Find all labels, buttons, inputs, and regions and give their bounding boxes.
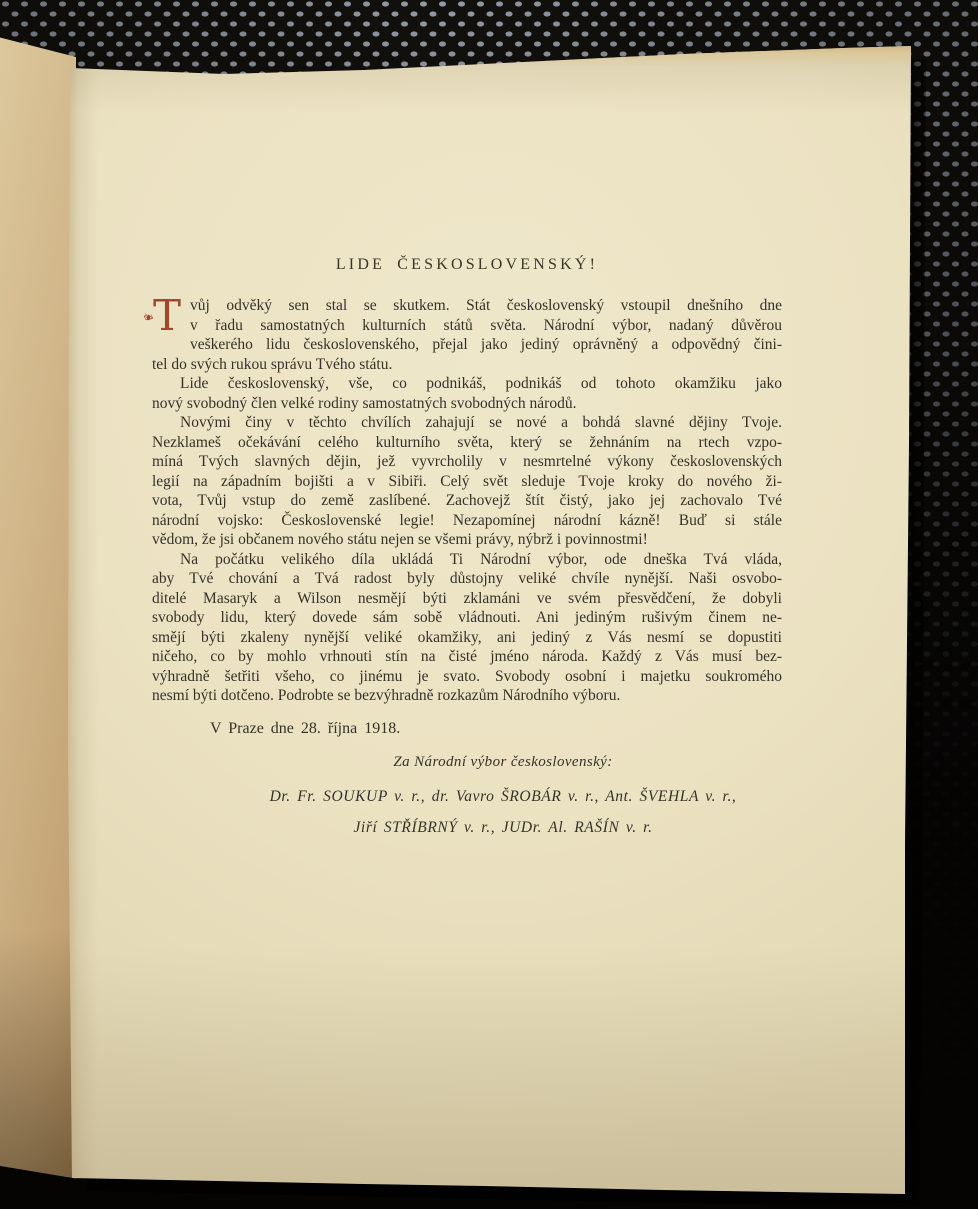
signature-names-line-1: Dr. Fr. SOUKUP v. r., dr. Vavro ŠROBÁR v…	[224, 787, 782, 806]
body-paragraphs: Tvůj odvěký sen stal se skutkem. Stát če…	[152, 296, 782, 706]
paragraph: Tvůj odvěký sen stal se skutkem. Stát če…	[152, 296, 782, 374]
page-title: LIDE ČESKOSLOVENSKÝ!	[152, 256, 782, 274]
signature-names-line-2: Jiří STŘÍBRNÝ v. r., JUDr. Al. RAŠÍN v. …	[224, 818, 782, 837]
photo-of-document: LIDE ČESKOSLOVENSKÝ! Tvůj odvěký sen sta…	[0, 0, 978, 1209]
book-left-page-edge	[0, 34, 76, 1182]
text-line: výhradně šetřiti všeho, co jinému je sva…	[152, 667, 782, 687]
dateline: V Praze dne 28. října 1918.	[152, 719, 782, 739]
text-line: vědom, že jsi občanem nového státu nejen…	[152, 530, 782, 550]
text-line: nový svobodný člen velké rodiny samostat…	[152, 394, 782, 414]
text-line: legií na západním bojišti a v Sibiři. Ce…	[152, 472, 782, 492]
text-line: Na počátku velikého díla ukládá Ti Národ…	[152, 550, 782, 570]
text-line: aby Tvé chování a Tvá radost byly důstoj…	[152, 569, 782, 589]
text-line: tel do svých rukou správu Tvého státu.	[152, 355, 782, 375]
text-line: v řadu samostatných kulturních států svě…	[152, 316, 782, 336]
text-line: ničeho, co by mohlo vrhnouti stín na čis…	[152, 647, 782, 667]
text-line: smějí býti zkaleny nynější veliké okamži…	[152, 628, 782, 648]
ornamental-initial: T	[152, 297, 182, 337]
text-line: vůj odvěký sen stal se skutkem. Stát čes…	[152, 296, 782, 316]
signature-block: Za Národní výbor československý: Dr. Fr.…	[152, 753, 782, 837]
text-line: ditelé Masaryk a Wilson nesmějí býti zkl…	[152, 589, 782, 609]
text-line: Lide československý, vše, co podnikáš, p…	[152, 374, 782, 394]
printed-text-block: LIDE ČESKOSLOVENSKÝ! Tvůj odvěký sen sta…	[152, 256, 782, 837]
text-line: míná Tvých slavných dějin, jež vyvrcholi…	[152, 452, 782, 472]
text-line: Novými činy v těchto chvílích zahajují s…	[152, 413, 782, 433]
signature-heading: Za Národní výbor československý:	[224, 753, 782, 772]
text-line: vota, Tvůj vstup do země zaslíbené. Zach…	[152, 491, 782, 511]
paragraph: Lide československý, vše, co podnikáš, p…	[152, 374, 782, 413]
paragraph: Na počátku velikého díla ukládá Ti Národ…	[152, 550, 782, 706]
text-line: Nezklameš očekávání celého kulturního sv…	[152, 433, 782, 453]
text-line: veškerého lidu československého, přejal …	[152, 335, 782, 355]
text-line: národní vojsko: Československé legie! Ne…	[152, 511, 782, 531]
document-page: LIDE ČESKOSLOVENSKÝ! Tvůj odvěký sen sta…	[64, 44, 914, 1200]
paragraph: Novými činy v těchto chvílích zahajují s…	[152, 413, 782, 550]
text-line: svobody lidu, který dovede sám sobě vlád…	[152, 608, 782, 628]
text-line: nesmí býti dotčeno. Podrobte se bezvýhra…	[152, 686, 782, 706]
